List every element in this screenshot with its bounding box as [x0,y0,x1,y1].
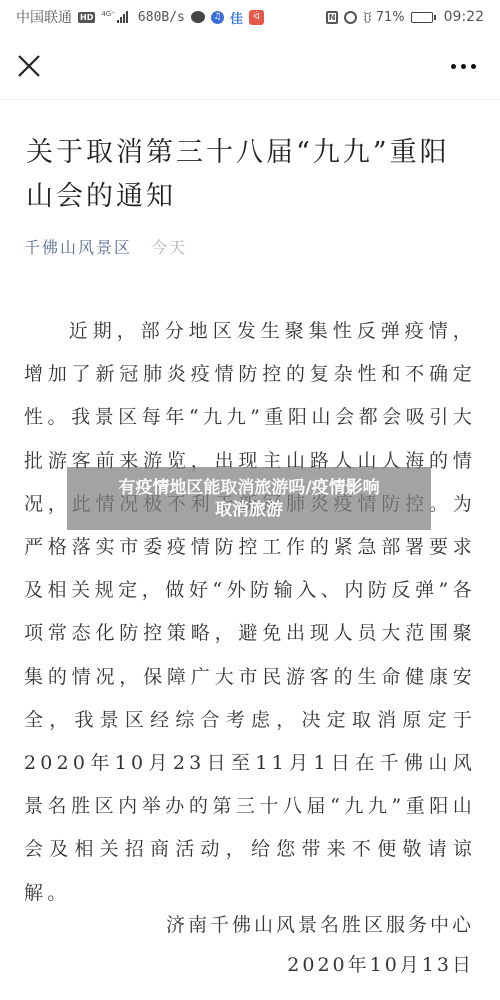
caption-overlay: 有疫情地区能取消旅游吗/疫情影响 取消旅游 [67,467,431,530]
publish-date: 今天 [151,238,187,257]
status-bar-left: 中国联通 HD 4G⁺ 680B/s ♫ 佳 ᐛ [16,7,264,27]
cell-signal-icon: 4G⁺ [101,11,128,23]
vibrate-icon: ⫶▯⫶ [363,10,370,25]
signature-date: 2020年10月13日 [166,945,474,985]
hd-voice-icon: HD [78,12,95,23]
article-meta: 千佛山风景区 今天 [24,235,187,258]
close-icon [14,51,44,81]
caption-line-1: 有疫情地区能取消旅游吗/疫情影响 [118,477,379,499]
nav-bar [0,34,500,100]
clock: 09:22 [444,9,484,25]
red-app-icon: ᐛ [249,10,264,25]
status-bar-right: N ⫶▯⫶ 71% 09:22 [326,9,484,25]
network-type-label: 4G⁺ [101,11,115,18]
article-body: 近期，部分地区发生聚集性反弹疫情，增加了新冠肺炎疫情防控的复杂性和不确定性。我景… [24,310,476,915]
alarm-icon [344,11,357,24]
wechat-article-screen: 中国联通 HD 4G⁺ 680B/s ♫ 佳 ᐛ N ⫶▯⫶ 71% [0,0,500,1000]
more-icon [451,64,456,69]
article-body-text: 近期，部分地区发生聚集性反弹疫情，增加了新冠肺炎疫情防控的复杂性和不确定性。我景… [24,320,476,904]
jia-app-icon: 佳 [230,8,243,27]
nfc-icon: N [326,11,338,24]
article-title: 关于取消第三十八届“九九”重阳山会的通知 [26,131,466,219]
signature-org: 济南千佛山风景名胜区服务中心 [166,905,474,945]
carrier-name: 中国联通 [16,7,72,27]
network-speed: 680B/s [138,10,185,25]
account-name-link[interactable]: 千佛山风景区 [24,238,132,257]
music-icon: ♫ [211,11,224,24]
battery-icon [411,12,436,23]
battery-percent: 71% [376,10,405,25]
close-button[interactable] [14,51,44,81]
article-signature: 济南千佛山风景名胜区服务中心 2020年10月13日 [166,905,474,985]
caption-line-2: 取消旅游 [215,499,283,521]
more-options-button[interactable] [448,56,478,76]
chat-bubble-icon [191,11,205,23]
status-bar: 中国联通 HD 4G⁺ 680B/s ♫ 佳 ᐛ N ⫶▯⫶ 71% [0,0,500,34]
